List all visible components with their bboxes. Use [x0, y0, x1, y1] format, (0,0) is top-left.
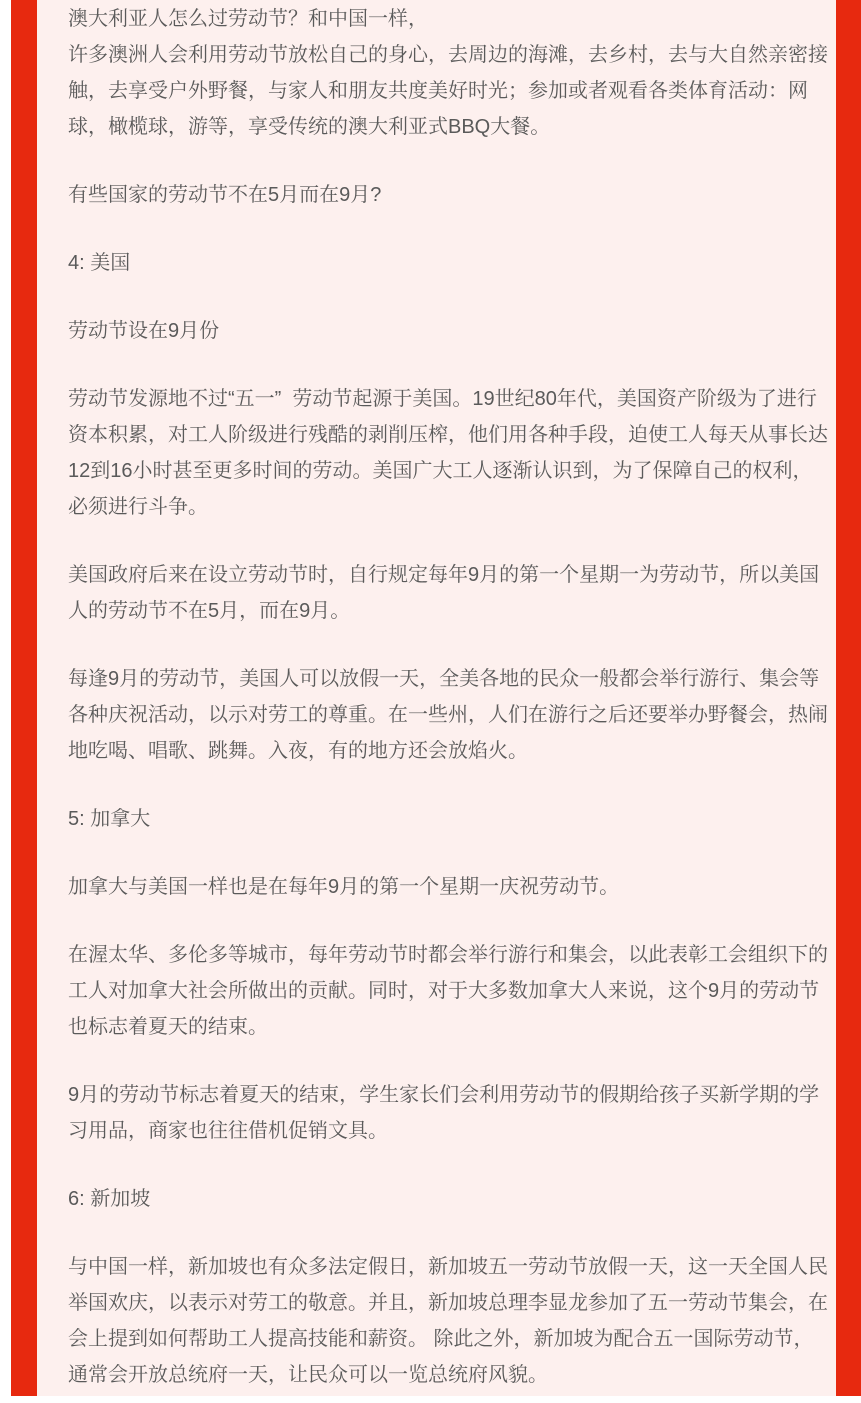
paragraph: 与中国一样，新加坡也有众多法定假日，新加坡五一劳动节放假一天，这一天全国人民举国… — [68, 1249, 828, 1393]
paragraph: 澳大利亚人怎么过劳动节？和中国一样， 许多澳洲人会利用劳动节放松自己的身心，去周… — [68, 1, 828, 145]
section-heading: 6: 新加坡 — [68, 1181, 828, 1217]
article-card: 澳大利亚人怎么过劳动节？和中国一样， 许多澳洲人会利用劳动节放松自己的身心，去周… — [37, 0, 836, 1396]
article-body: 澳大利亚人怎么过劳动节？和中国一样， 许多澳洲人会利用劳动节放松自己的身心，去周… — [37, 0, 834, 1393]
paragraph: 劳动节发源地不过“五一” 劳动节起源于美国。19世纪80年代，美国资产阶级为了进… — [68, 381, 828, 525]
paragraph: 每逢9月的劳动节，美国人可以放假一天，全美各地的民众一般都会举行游行、集会等各种… — [68, 661, 828, 769]
bottom-white-strip — [0, 1396, 861, 1403]
paragraph: 美国政府后来在设立劳动节时，自行规定每年9月的第一个星期一为劳动节，所以美国人的… — [68, 557, 828, 629]
section-heading: 5: 加拿大 — [68, 801, 828, 837]
paragraph: 9月的劳动节标志着夏天的结束，学生家长们会利用劳动节的假期给孩子买新学期的学习用… — [68, 1077, 828, 1149]
paragraph: 加拿大与美国一样也是在每年9月的第一个星期一庆祝劳动节。 — [68, 869, 828, 905]
paragraph: 有些国家的劳动节不在5月而在9月? — [68, 177, 828, 213]
paragraph: 劳动节设在9月份 — [68, 313, 828, 349]
left-red-border — [11, 0, 37, 1396]
right-red-border — [836, 0, 861, 1396]
section-heading: 4: 美国 — [68, 245, 828, 281]
paragraph: 在渥太华、多伦多等城市，每年劳动节时都会举行游行和集会，以此表彰工会组织下的工人… — [68, 937, 828, 1045]
